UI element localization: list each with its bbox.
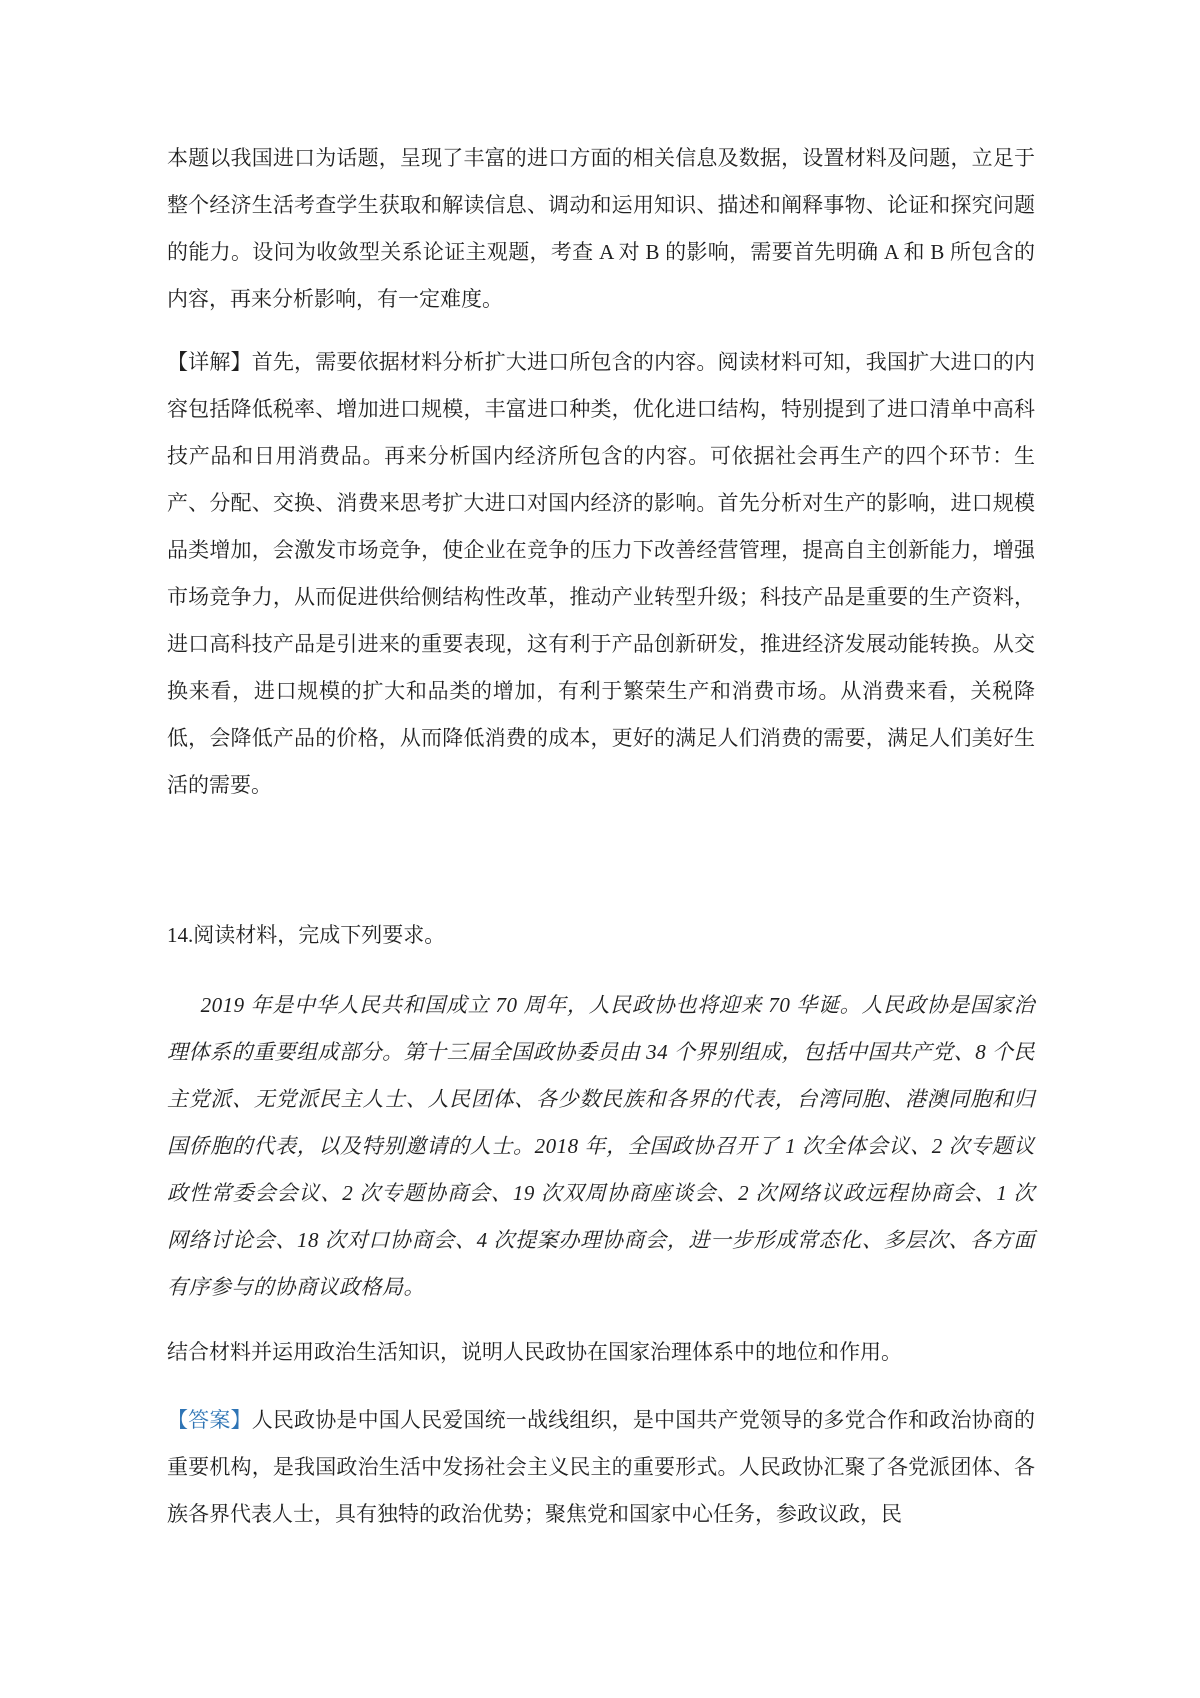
analysis-paragraph: 本题以我国进口为话题，呈现了丰富的进口方面的相关信息及数据，设置材料及问题，立足… (167, 135, 1035, 323)
answer-label: 【答案】 (167, 1408, 252, 1432)
detail-body-text: 首先，需要依据材料分析扩大进口所包含的内容。阅读材料可知，我国扩大进口的内容包括… (167, 350, 1035, 797)
detail-label: 【详解】 (167, 350, 252, 374)
answer-body-text: 人民政协是中国人民爱国统一战线组织，是中国共产党领导的多党合作和政治协商的重要机… (167, 1408, 1035, 1526)
answer-paragraph: 【答案】人民政协是中国人民爱国统一战线组织，是中国共产党领导的多党合作和政治协商… (167, 1397, 1035, 1538)
detail-paragraph: 【详解】首先，需要依据材料分析扩大进口所包含的内容。阅读材料可知，我国扩大进口的… (167, 339, 1035, 809)
question-14-material-paragraph: 2019 年是中华人民共和国成立 70 周年，人民政协也将迎来 70 华诞。人民… (167, 982, 1035, 1311)
question-14-heading: 14.阅读材料，完成下列要求。 (167, 912, 1035, 959)
question-14-prompt: 结合材料并运用政治生活知识，说明人民政协在国家治理体系中的地位和作用。 (167, 1329, 1035, 1376)
document-page: 本题以我国进口为话题，呈现了丰富的进口方面的相关信息及数据，设置材料及问题，立足… (0, 0, 1200, 1698)
